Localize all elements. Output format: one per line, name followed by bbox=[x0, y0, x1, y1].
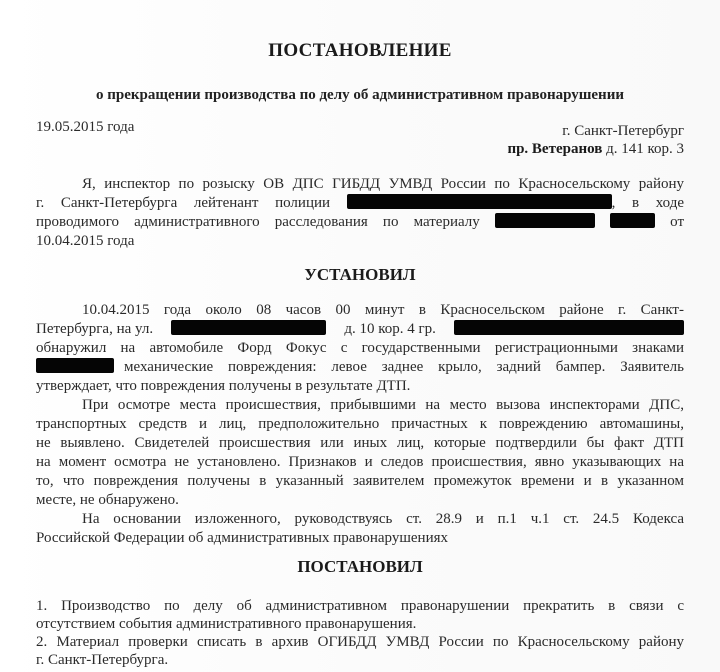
established-p2-line-6: месте, не обнаружено. bbox=[36, 491, 179, 510]
intro-text-1: Я, инспектор по розыску ОВ ДПС ГИБДД УМВ… bbox=[82, 176, 684, 192]
redacted-material-suffix bbox=[610, 213, 655, 228]
redacted-material-number bbox=[495, 213, 595, 228]
established-text-3: обнаружил на автомобиле Форд Фокус с гос… bbox=[36, 340, 684, 356]
resolved-item-1-line-1: 1. Производство по делу об административ… bbox=[36, 597, 684, 616]
intro-text-3b: от bbox=[670, 214, 684, 230]
established-p2-line-2: транспортных средств и лиц, предположите… bbox=[36, 415, 684, 434]
scanned-document-page: ПОСТАНОВЛЕНИЕ о прекращении производства… bbox=[0, 0, 720, 672]
resolved-item-2-line-2: г. Санкт-Петербурга. bbox=[36, 651, 168, 670]
established-p2-line-5: то, что повреждения получены в указанный… bbox=[36, 472, 684, 491]
intro-line-4: 10.04.2015 года bbox=[36, 232, 134, 251]
established-p2-line-3: не выявлено. Свидетелей происшествия или… bbox=[36, 434, 684, 453]
established-p2-line-4: на момент осмотра не установлено. Призна… bbox=[36, 453, 684, 472]
established-line-4: механические повреждения: левое заднее к… bbox=[36, 358, 684, 377]
intro-line-1: Я, инспектор по розыску ОВ ДПС ГИБДД УМВ… bbox=[36, 175, 684, 194]
established-p3-line-2: Российской Федерации об административных… bbox=[36, 529, 448, 548]
redacted-street bbox=[171, 320, 326, 335]
established-text-1: 10.04.2015 года около 08 часов 00 минут … bbox=[82, 302, 684, 318]
established-p2-text-5: то, что повреждения получены в указанный… bbox=[36, 473, 684, 489]
established-p3-line-1: На основании изложенного, руководствуясь… bbox=[36, 510, 684, 529]
established-text-4: механические повреждения: левое заднее к… bbox=[124, 358, 684, 377]
redacted-license-plate bbox=[36, 358, 114, 373]
established-p2-text-1: При осмотре места происшествия, прибывши… bbox=[82, 397, 684, 413]
address-rest: д. 141 кор. 3 bbox=[606, 141, 684, 157]
established-line-5: утверждает, что повреждения получены в р… bbox=[36, 377, 410, 396]
intro-text-3a: проводимого административного расследова… bbox=[36, 214, 480, 230]
document-date: 19.05.2015 года bbox=[36, 119, 134, 136]
intro-line-2: г. Санкт-Петербурга лейтенант полиции , … bbox=[36, 194, 684, 213]
established-p2-text-3: не выявлено. Свидетелей происшествия или… bbox=[36, 435, 684, 451]
section-heading-resolved: ПОСТАНОВИЛ bbox=[0, 557, 720, 577]
document-title: ПОСТАНОВЛЕНИЕ bbox=[0, 40, 720, 62]
intro-text-2a: г. Санкт-Петербурга лейтенант полиции bbox=[36, 195, 330, 211]
document-address: пр. Ветеранов д. 141 кор. 3 bbox=[507, 141, 684, 158]
established-p2-text-4: на момент осмотра не установлено. Призна… bbox=[36, 454, 684, 470]
established-text-2b: д. 10 кор. 4 гр. bbox=[344, 320, 436, 339]
established-line-3: обнаружил на автомобиле Форд Фокус с гос… bbox=[36, 339, 684, 358]
resolved-item-1-line-2: отсутствием события административного пр… bbox=[36, 615, 416, 634]
document-city: г. Санкт-Петербург bbox=[562, 123, 684, 140]
resolved-item-1-text-1: 1. Производство по делу об административ… bbox=[36, 598, 684, 614]
redacted-citizen-name bbox=[454, 320, 684, 335]
resolved-item-2-line-1: 2. Материал проверки списать в архив ОГИ… bbox=[36, 633, 684, 652]
established-line-2: Петербурга, на ул.д. 10 кор. 4 гр. bbox=[36, 320, 684, 339]
intro-text-2b: , в ходе bbox=[612, 195, 684, 211]
intro-line-3: проводимого административного расследова… bbox=[36, 213, 684, 232]
established-line-1: 10.04.2015 года около 08 часов 00 минут … bbox=[36, 301, 684, 320]
redacted-name bbox=[347, 194, 612, 209]
established-text-2a: Петербурга, на ул. bbox=[36, 320, 153, 339]
document-subtitle: о прекращении производства по делу об ад… bbox=[0, 87, 720, 104]
established-p3-text-1: На основании изложенного, руководствуясь… bbox=[82, 511, 684, 527]
established-p2-line-1: При осмотре места происшествия, прибывши… bbox=[36, 396, 684, 415]
address-prefix: пр. Ветеранов bbox=[507, 141, 602, 157]
established-p2-text-2: транспортных средств и лиц, предположите… bbox=[36, 416, 684, 432]
resolved-item-2-text-1: 2. Материал проверки списать в архив ОГИ… bbox=[36, 634, 684, 650]
section-heading-established: УСТАНОВИЛ bbox=[0, 265, 720, 285]
